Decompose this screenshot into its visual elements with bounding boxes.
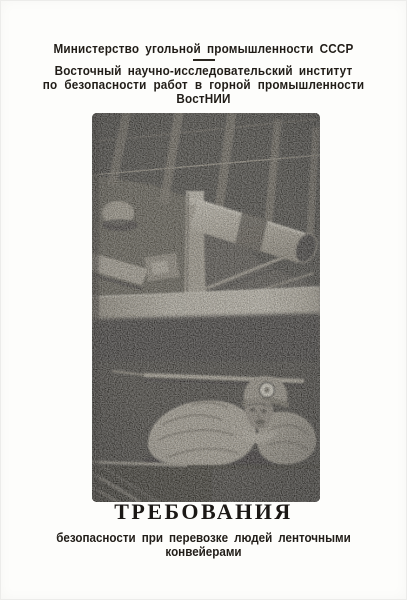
institute-line-1: Восточный научно-исследовательский инсти…	[20, 64, 386, 78]
ministry-line: Министерство угольной промышленности ССС…	[20, 42, 386, 56]
institute-abbr: ВостНИИ	[20, 92, 386, 106]
book-cover-page: Министерство угольной промышленности ССС…	[0, 0, 407, 600]
institute-line-2: по безопасности работ в горной промышлен…	[20, 78, 386, 92]
subtitle-line-1: безопасности при перевозке людей ленточн…	[14, 531, 393, 545]
divider-rule	[193, 59, 215, 61]
halftone-photo-illustration	[92, 113, 320, 502]
page-title: ТРЕБОВАНИЯ	[0, 500, 407, 524]
subtitle: безопасности при перевозке людей ленточн…	[14, 531, 393, 559]
subtitle-line-2: конвейерами	[14, 545, 393, 559]
cover-photo-miner-on-conveyor	[92, 113, 320, 502]
